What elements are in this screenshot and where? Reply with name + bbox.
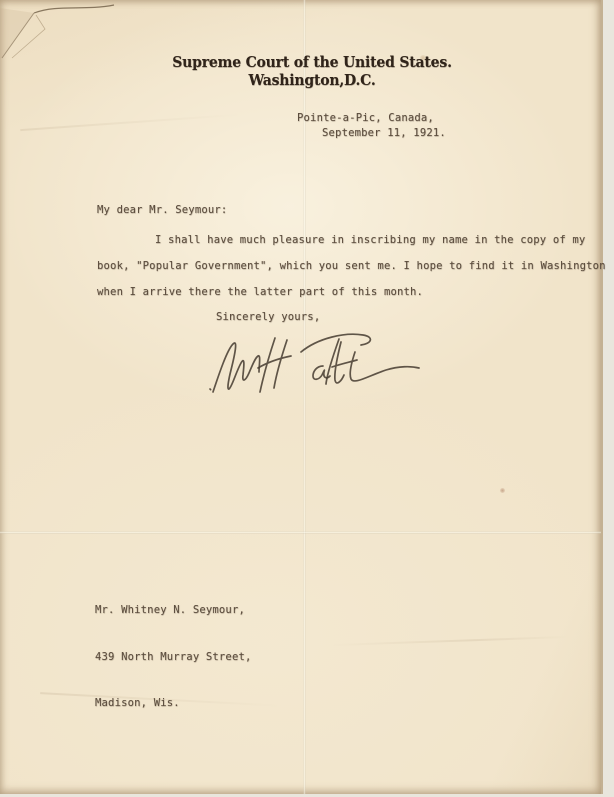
letterhead-line1: Supreme Court of the United States. bbox=[8, 55, 614, 72]
recipient-name: Mr. Whitney N. Seymour, bbox=[95, 603, 252, 619]
body-line-2: book, "Popular Government", which you se… bbox=[97, 260, 606, 272]
dateline-date: September 11, 1921. bbox=[322, 127, 446, 139]
body-line-3: when I arrive there the latter part of t… bbox=[97, 286, 423, 298]
taft-signature bbox=[183, 326, 428, 396]
recipient-street: 439 North Murray Street, bbox=[95, 650, 252, 666]
paper-crease bbox=[20, 111, 280, 131]
letter-paper: Supreme Court of the United States. Wash… bbox=[0, 0, 603, 794]
recipient-address-block: Mr. Whitney N. Seymour, 439 North Murray… bbox=[95, 572, 252, 743]
paper-crease bbox=[330, 636, 570, 646]
letterhead-line2: Washington,D.C. bbox=[8, 73, 614, 90]
closing: Sincerely yours, bbox=[216, 311, 320, 323]
paper-stain bbox=[500, 488, 505, 493]
recipient-city: Madison, Wis. bbox=[95, 696, 252, 712]
salutation: My dear Mr. Seymour: bbox=[97, 204, 227, 216]
body-line-1: I shall have much pleasure in inscribing… bbox=[155, 234, 585, 246]
dateline-place: Pointe-a-Pic, Canada, bbox=[297, 112, 434, 124]
horizontal-fold-crease bbox=[0, 531, 601, 534]
